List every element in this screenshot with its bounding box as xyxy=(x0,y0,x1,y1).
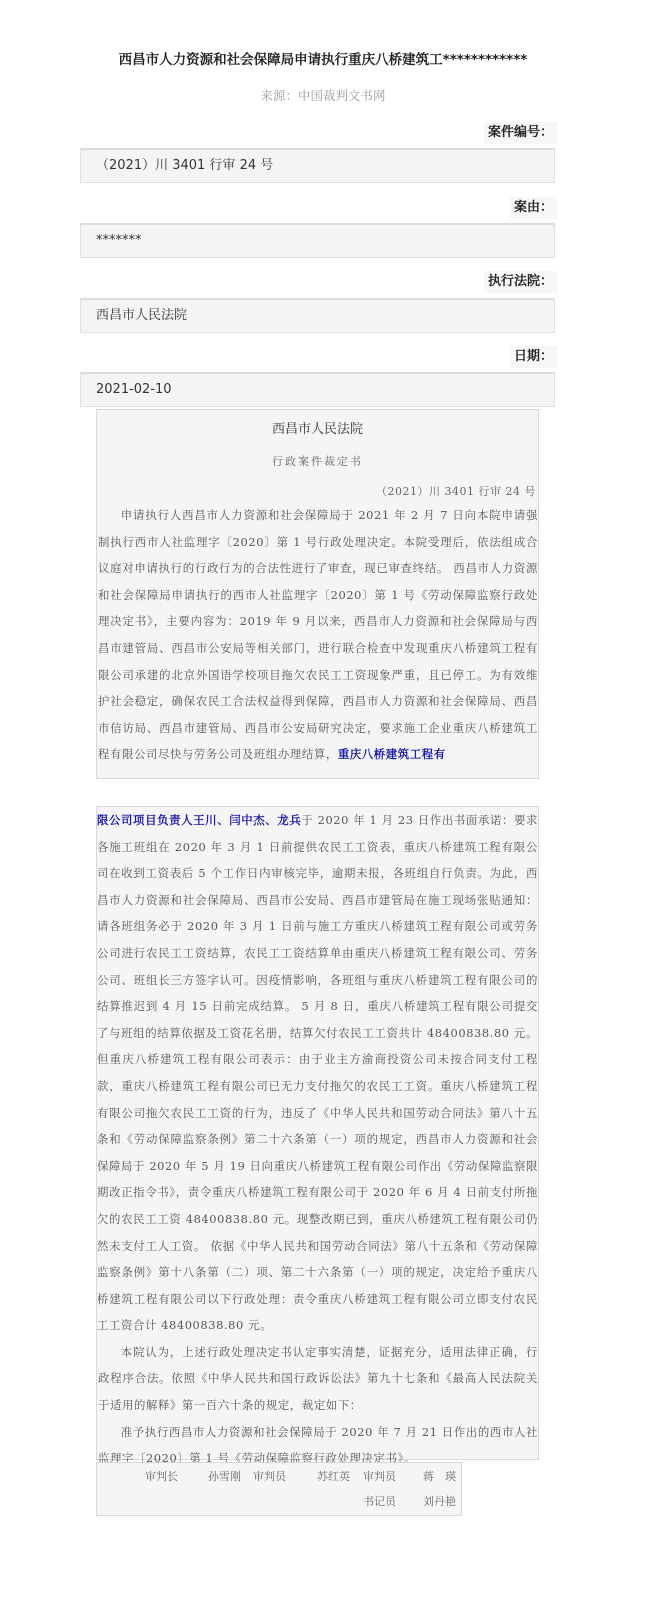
signature-block: 审判长 孙雪刚 审判员 苏红英 审判员 蒋 瑛 书记员 刘丹艳 xyxy=(96,1462,462,1516)
document-paragraph-1b: 限公司项目负责人王川、闫中杰、龙兵于 2020 年 1 月 23 日作出书面承诺… xyxy=(97,807,538,1339)
document-type: 行政案件裁定书 xyxy=(97,452,538,472)
date-label: 日期： xyxy=(510,346,557,368)
document-court-name: 西昌市人民法院 xyxy=(97,410,538,440)
judge2-title: 审判员 xyxy=(363,1465,396,1489)
document-paragraph-2: 本院认为，上述行政处理决定书认定事实清楚，证据充分，适用法律正确，行政程序合法。… xyxy=(97,1339,538,1419)
date-field: 2021-02-10 xyxy=(80,372,555,407)
court-field: 西昌市人民法院 xyxy=(80,298,555,333)
cause-field: ******* xyxy=(80,223,555,258)
case-number-label: 案件编号： xyxy=(484,122,557,144)
cause-label: 案由： xyxy=(510,197,557,219)
date-value: 2021-02-10 xyxy=(96,382,172,397)
highlighted-company: 重庆八桥建筑工程有 xyxy=(338,747,446,761)
source-line: 来源：中国裁判文书网 xyxy=(0,86,646,104)
court-value: 西昌市人民法院 xyxy=(96,308,187,323)
judge1-title: 审判员 xyxy=(253,1465,286,1489)
judge1-name: 苏红英 xyxy=(317,1465,350,1489)
case-number-value: （2021）川 3401 行审 24 号 xyxy=(96,158,273,173)
court-label: 执行法院： xyxy=(484,271,557,293)
judgment-document-part1: 西昌市人民法院 行政案件裁定书 （2021）川 3401 行审 24 号 申请执… xyxy=(96,409,539,779)
clerk-title: 书记员 xyxy=(363,1490,396,1514)
page-title: 西昌市人力资源和社会保障局申请执行重庆八桥建筑工************ xyxy=(0,48,646,68)
case-number-field: （2021）川 3401 行审 24 号 xyxy=(80,148,555,183)
chief-judge-title: 审判长 xyxy=(145,1465,178,1489)
document-paragraph-1a: 申请执行人西昌市人力资源和社会保障局于 2021 年 2 月 7 日向本院申请强… xyxy=(97,502,538,768)
document-case-number: （2021）川 3401 行审 24 号 xyxy=(97,482,538,502)
highlighted-project-leads: 限公司项目负责人王川、闫中杰、龙兵 xyxy=(97,813,301,827)
judgment-document-part2: 限公司项目负责人王川、闫中杰、龙兵于 2020 年 1 月 23 日作出书面承诺… xyxy=(96,806,539,1460)
judge2-name: 蒋 瑛 xyxy=(423,1465,456,1489)
clerk-name: 刘丹艳 xyxy=(423,1490,456,1514)
chief-judge-name: 孙雪刚 xyxy=(208,1465,241,1489)
cause-value: ******* xyxy=(96,233,142,248)
